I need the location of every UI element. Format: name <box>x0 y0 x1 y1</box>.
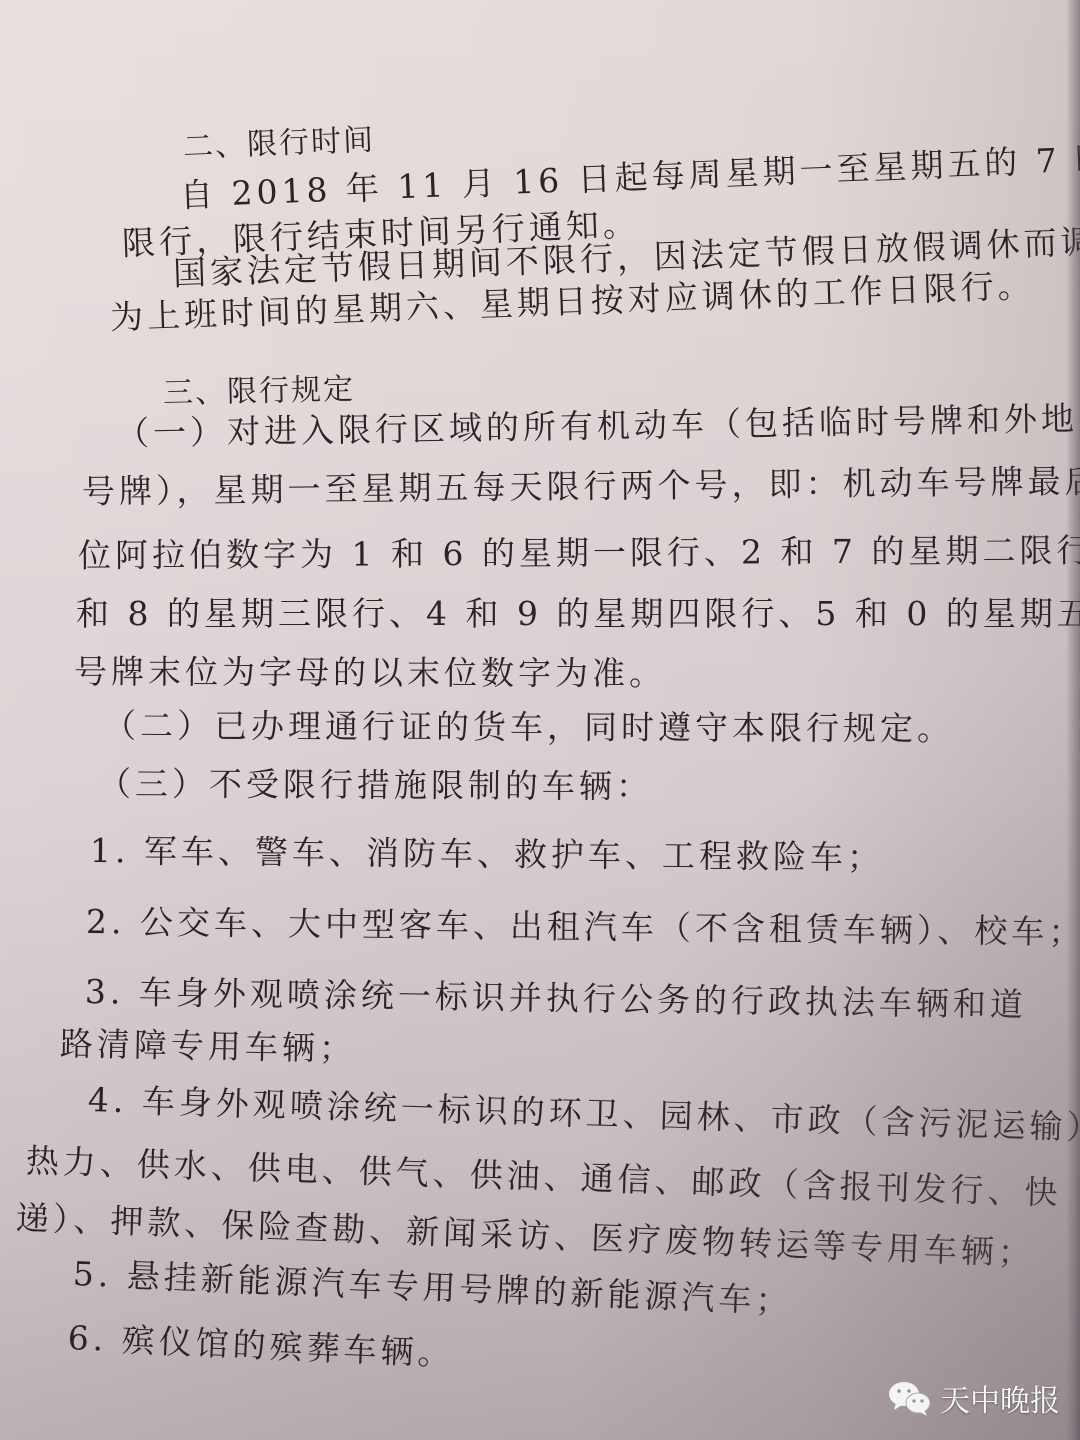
text-line: 和 8 的星期三限行、4 和 9 的星期四限行、5 和 0 的星期五限行， <box>76 588 1080 635</box>
text-line: 4. 车身外观喷涂统一标识的环卫、园林、市政（含污泥运输）、 <box>87 1074 1080 1150</box>
section-heading: 二、限行时间 <box>182 115 376 166</box>
text-line: 号牌末位为字母的以末位数字为准。 <box>74 646 666 695</box>
page-edge <box>1066 0 1080 1440</box>
wechat-icon <box>888 1379 932 1417</box>
text-line: （三）不受限行措施限制的车辆： <box>98 758 653 808</box>
source-watermark: 天中晚报 <box>888 1376 1060 1420</box>
text-line: 号牌），星期一至星期五每天限行两个号，即：机动车号牌最后一 <box>82 455 1080 513</box>
text-line: 1. 军车、警车、消防车、救护车、工程救险车； <box>90 825 884 879</box>
text-line: 3. 车身外观喷涂统一标识并执行公务的行政执法车辆和道 <box>85 966 1028 1026</box>
text-line: 6. 殡仪馆的殡葬车辆。 <box>67 1312 456 1375</box>
text-line: 位阿拉伯数字为 1 和 6 的星期一限行、2 和 7 的星期二限行、3 <box>78 524 1080 577</box>
text-line: 路清障专用车辆； <box>60 1018 357 1070</box>
text-line: 2. 公交车、大中型客车、出租汽车（不含租赁车辆）、校车； <box>86 896 1080 953</box>
text-line: （二）已办理通行证的货车，同时遵守本限行规定。 <box>103 700 954 750</box>
watermark-label: 天中晚报 <box>940 1376 1060 1420</box>
document-page: 二、限行时间 自 2018 年 11 月 16 日起每周星期一至星期五的 7 时… <box>0 0 1080 1440</box>
